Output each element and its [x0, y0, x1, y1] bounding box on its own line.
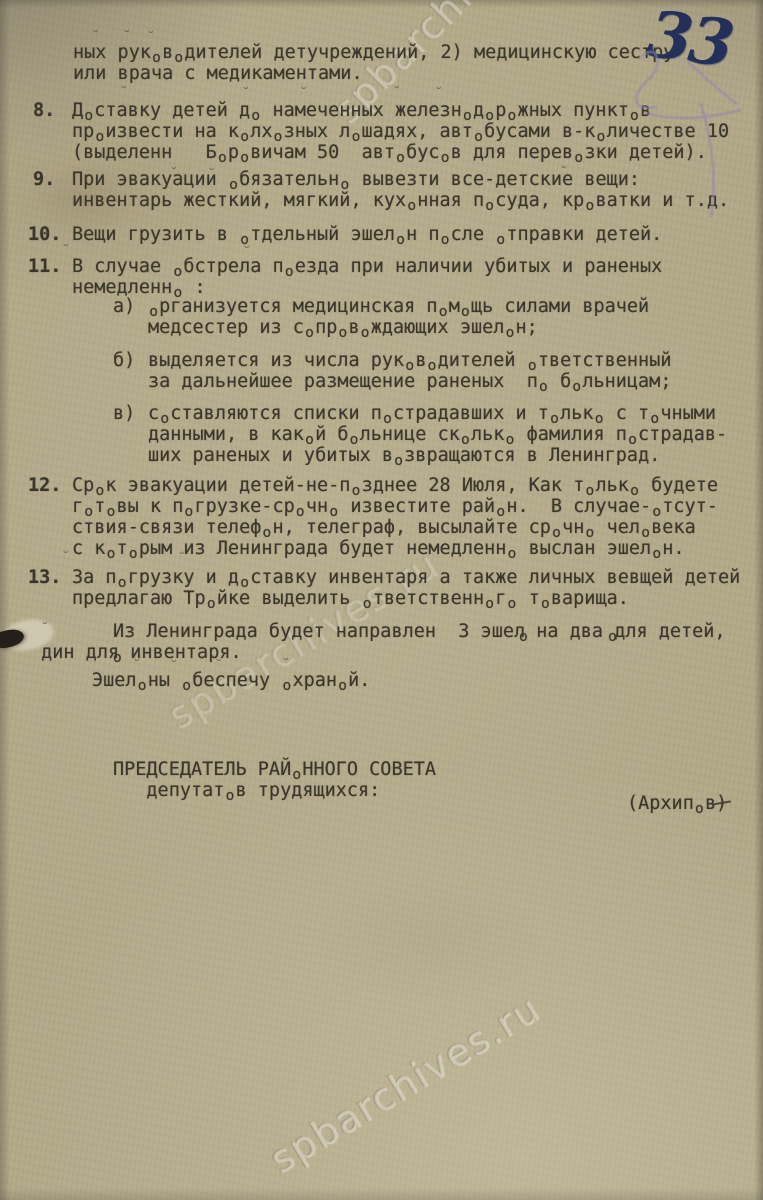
item-number: 8.: [33, 100, 55, 121]
type-ghost-mark: ˘: [178, 552, 186, 567]
type-ghost-mark: ˘: [560, 166, 568, 181]
type-ghost-mark: ˘: [208, 168, 216, 183]
paper-stain: [320, 880, 540, 1000]
type-ghost-mark: ˘: [133, 659, 141, 674]
document-sheet: spbarchives.ru spbarchives.ru spbarchive…: [0, 0, 763, 1200]
type-ghost-mark: ˘: [62, 551, 70, 566]
signature-title: ПРЕДСЕДАТЕЛЬ РАЙоННОГО СОВЕТА депутатов …: [113, 759, 436, 801]
type-ghost-mark: ˘: [300, 87, 308, 102]
item-number: 9.: [33, 169, 55, 190]
type-ghost-mark: ˘: [120, 86, 128, 101]
type-ghost-mark: ˘: [41, 622, 49, 637]
item-number: 11.: [28, 256, 61, 277]
pencil-scribble-icon: [600, 0, 763, 300]
sub-item-a: а) организуется медицинская помощь силам…: [0, 296, 763, 338]
list-item-13: 13. За погрузку и доставку инвентаря а т…: [0, 567, 763, 609]
intro-paragraph: ных руководителей детучреждений, 2) меди…: [73, 42, 674, 84]
sub-item-text: составляются списки пострадавших и тольк…: [148, 403, 763, 466]
item-number: 13.: [28, 567, 61, 588]
type-ghost-mark: ˘: [242, 87, 250, 102]
list-item-12: 12. Срок эвакуации детей-не-позднее 28 И…: [0, 475, 763, 559]
sub-item-label: в): [113, 403, 135, 424]
item-text: За погрузку и доставку инвентаря а также…: [72, 567, 763, 609]
type-ghost-mark: ˘: [123, 30, 131, 45]
sub-item-text: организуется медицинская помощь силами в…: [148, 296, 763, 338]
type-ghost-mark: ˘: [170, 167, 178, 182]
watermark-bottom: spbarchives.ru: [263, 986, 549, 1182]
type-ghost-mark: ˘: [147, 31, 155, 46]
sub-item-v: в) составляются списки пострадавших и то…: [0, 403, 763, 466]
type-ghost-mark: ˘: [435, 87, 443, 102]
item-text: Срок эвакуации детей-не-позднее 28 Июля,…: [72, 475, 763, 559]
type-ghost-mark: ˘: [215, 659, 223, 674]
sub-item-text: выделяется из числа руководителей ответс…: [148, 350, 763, 392]
type-ghost-mark: ˘: [282, 658, 290, 673]
type-ghost-mark: ˘: [170, 660, 178, 675]
sub-item-b: б) выделяется из числа руководителей отв…: [0, 350, 763, 392]
sub-item-label: а): [113, 296, 135, 317]
type-ghost-mark: ˘: [92, 30, 100, 45]
item-number: 12.: [28, 475, 61, 496]
item-number: 10.: [28, 224, 61, 245]
type-ghost-mark: ˘: [62, 244, 70, 259]
type-ghost-mark: ˘: [243, 246, 251, 261]
type-ghost-mark: ˘: [393, 86, 401, 101]
sub-item-label: б): [113, 350, 135, 371]
